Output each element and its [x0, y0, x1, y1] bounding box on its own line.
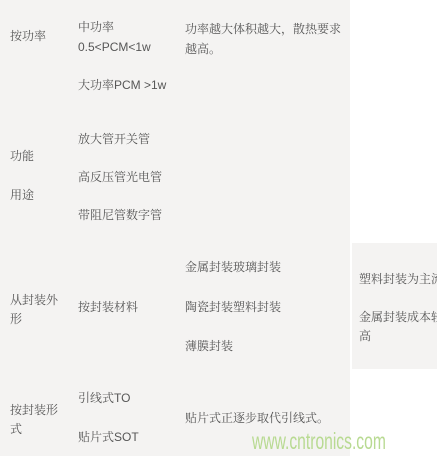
classification-table-screenshot: 按功率 中功率 0.5<PCM<1w 大功率PCM >1w 功率越大体积越大，散…: [0, 0, 437, 456]
cell-leaded-to: 引线式TO: [78, 389, 130, 408]
cell-metal-glass-package: 金属封装玻璃封装: [185, 258, 281, 277]
cell-smd-sot: 贴片式SOT: [78, 428, 139, 447]
category-package-form: 按封装形式: [10, 401, 60, 439]
note-smd-replacing-leaded: 贴片式正逐步取代引线式。: [185, 409, 329, 428]
cell-damper-digital-tube: 带阻尼管数字管: [78, 206, 162, 225]
cell-high-power: 大功率PCM >1w: [78, 76, 166, 95]
cell-by-package-material: 按封装材料: [78, 298, 138, 317]
cell-medium-power-range: 0.5<PCM<1w: [78, 38, 151, 57]
cell-thin-film-package: 薄膜封装: [185, 337, 233, 356]
cell-amplifier-switch-tube: 放大管开关管: [78, 130, 150, 149]
category-by-power: 按功率: [10, 27, 46, 46]
category-package-outline: 从封装外形: [10, 291, 60, 329]
site-watermark: www.cntronics.com: [252, 430, 386, 453]
note-plastic-mainstream: 塑料封装为主流: [359, 270, 437, 289]
table-background-panel: [0, 0, 350, 456]
note-metal-cost-high: 金属封装成本较高: [359, 308, 437, 346]
package-notes-panel: [352, 243, 437, 369]
category-function-line2: 用途: [10, 186, 34, 205]
cell-high-voltage-photo-tube: 高反压管光电管: [78, 168, 162, 187]
category-function-line1: 功能: [10, 147, 34, 166]
cell-ceramic-plastic-package: 陶瓷封装塑料封装: [185, 298, 281, 317]
cell-medium-power-title: 中功率: [78, 18, 114, 37]
note-power-heat: 功率越大体积越大，散热要求越高。: [185, 19, 343, 59]
